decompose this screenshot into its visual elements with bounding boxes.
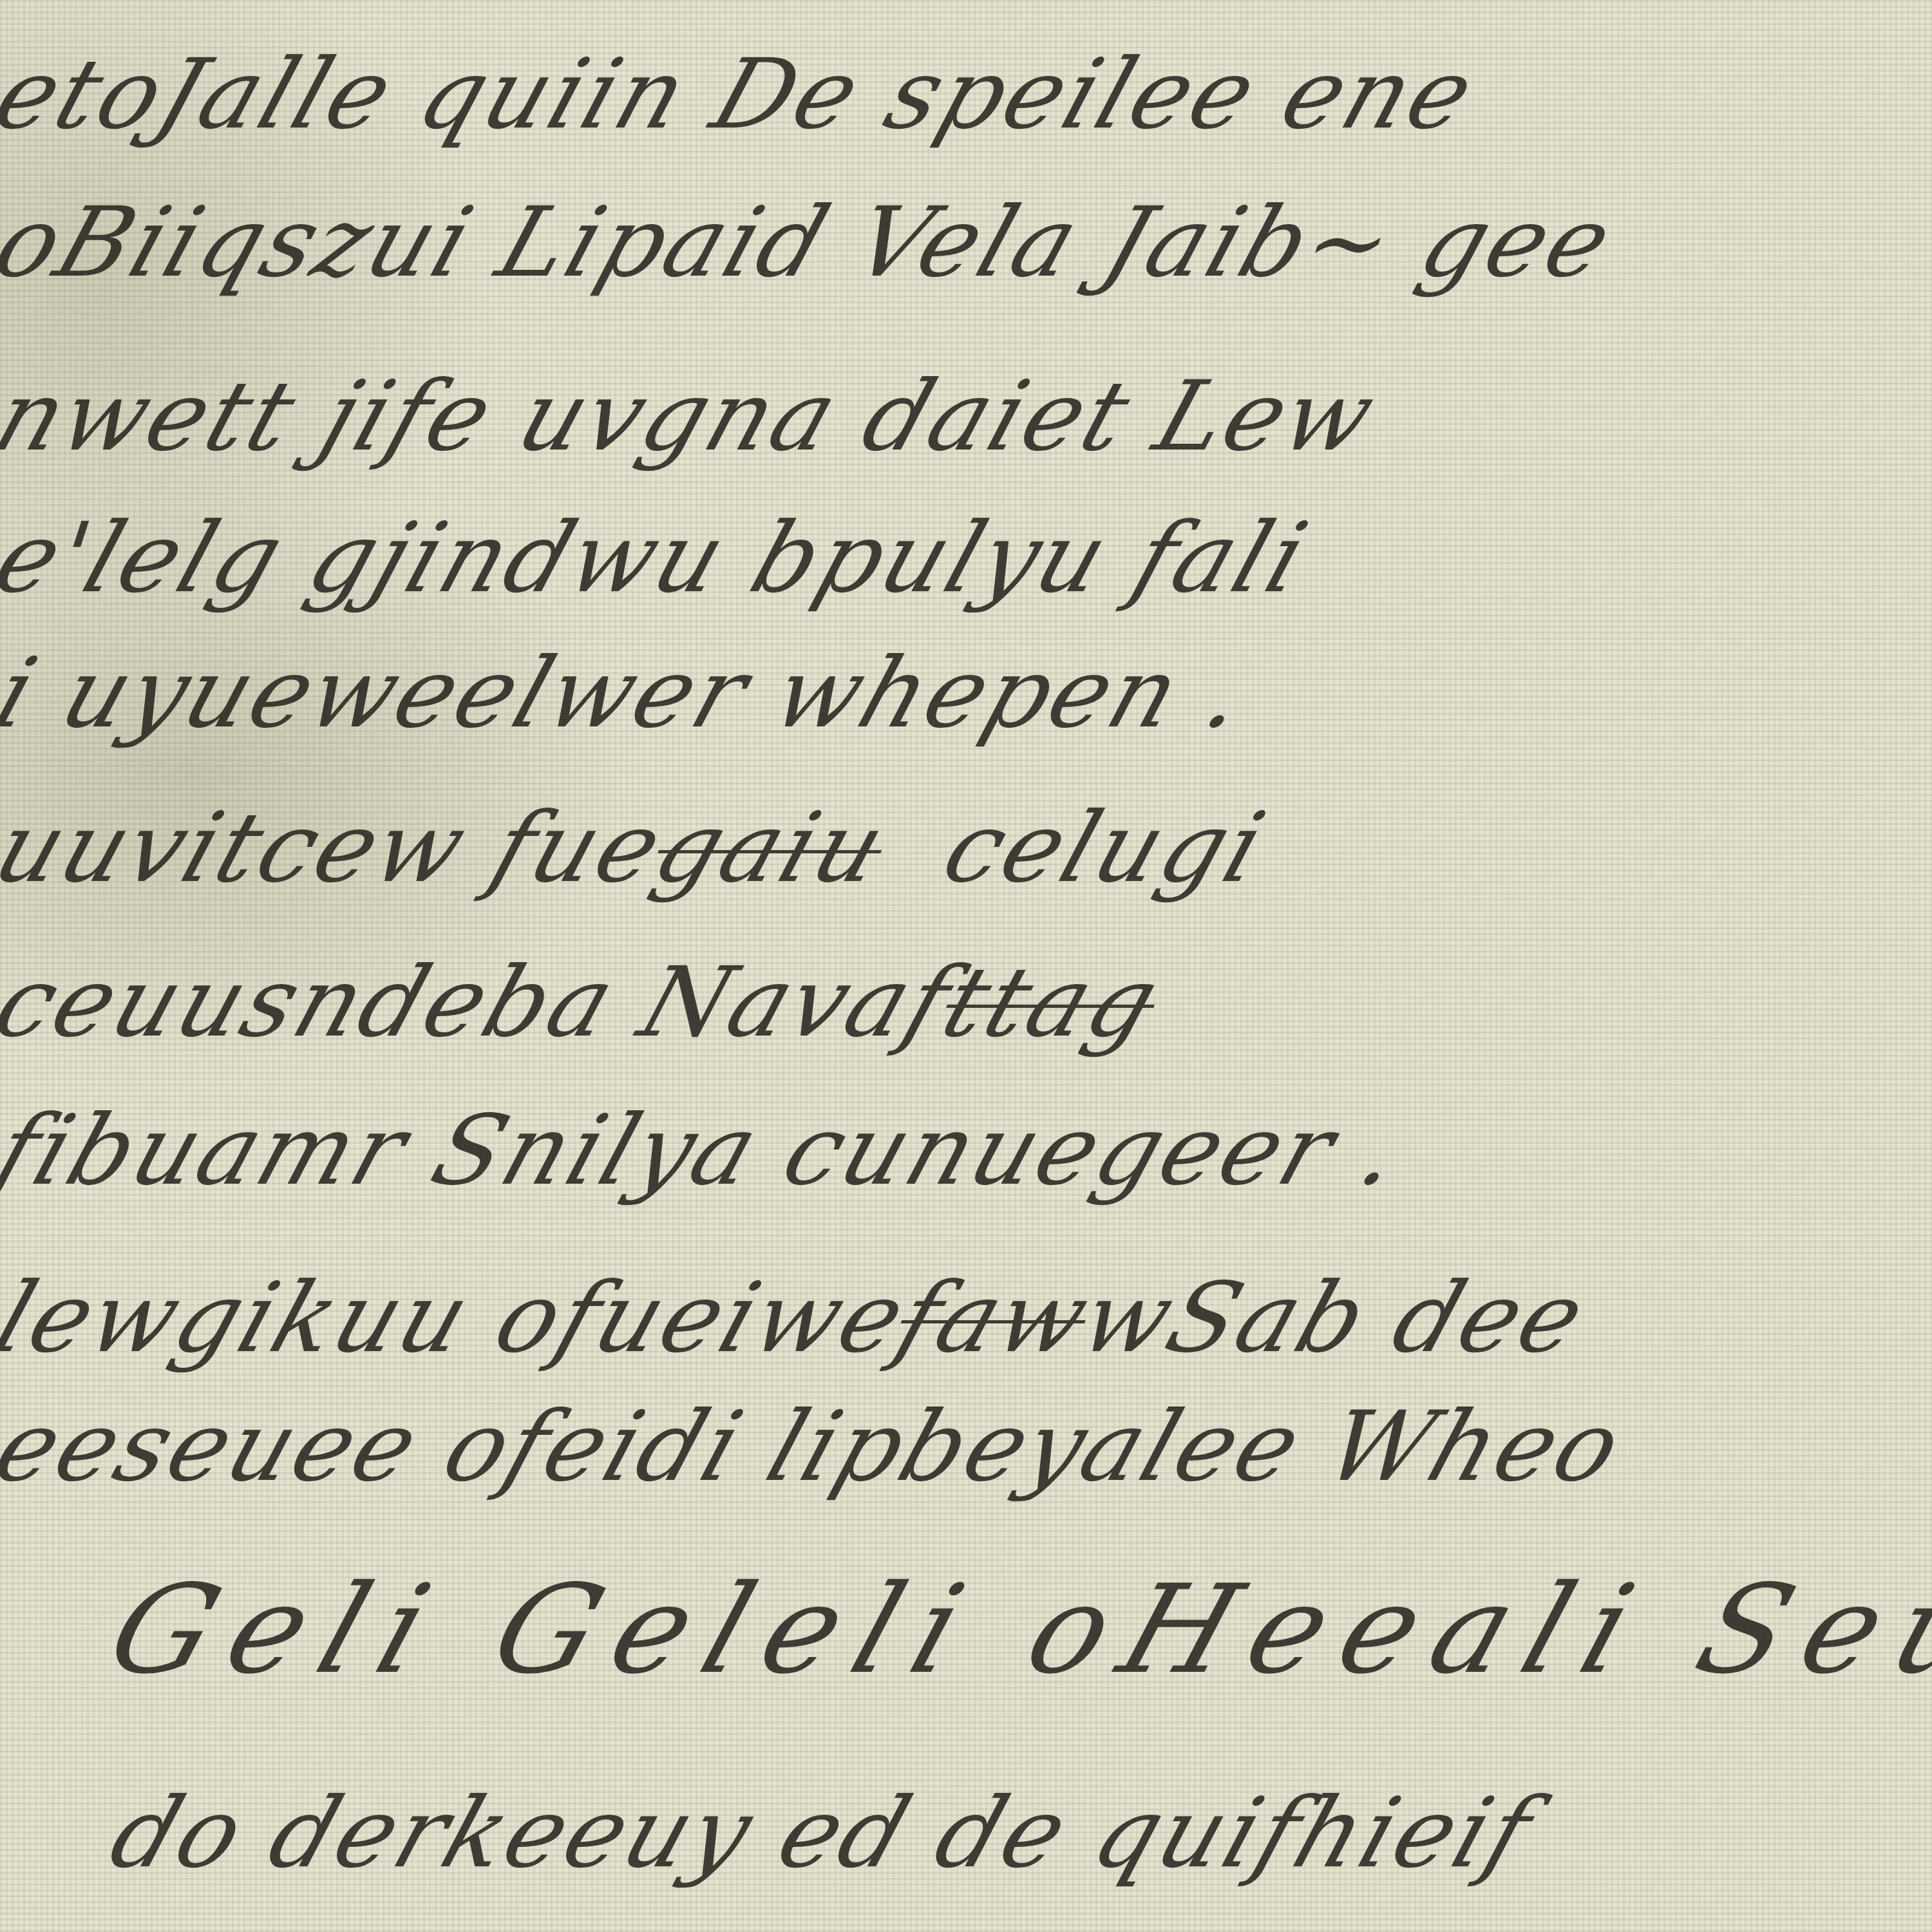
line-tail: wSab dee — [1068, 1262, 1600, 1374]
manuscript-line-12: do derkeeuy ed de quifhieif — [98, 1777, 1547, 1889]
struck-word: ttag — [930, 947, 1174, 1059]
manuscript-line-5: i uyueweelwer whepen . — [0, 638, 1262, 750]
signature-line: Geli Geleli oHeeali Seuue — [93, 1558, 1932, 1701]
manuscript-line-6: uuvitcew fuegaiu celugi — [0, 792, 1280, 904]
manuscript-line-10: eeseuee ofeidi lipbeyalee Wheo — [0, 1391, 1637, 1503]
manuscript-line-4: e'lelg gjindwu bpulyu fali — [0, 502, 1322, 614]
line-text: lewgikuu ofueiwe — [0, 1262, 921, 1374]
manuscript-line-9: lewgikuu ofueiwefawwSab dee — [0, 1262, 1600, 1374]
manuscript-line-8: fibuamr Snilya cunuegeer . — [0, 1095, 1417, 1207]
manuscript-line-2: oBiiqszui Lipaid Vela Jaib~ gee — [0, 187, 1627, 299]
manuscript-line-3: nwett jife uvgna daiet Lew — [0, 361, 1390, 473]
struck-word: faw — [884, 1262, 1104, 1374]
line-text: ceuusndeba Navaf — [0, 947, 966, 1059]
line-tail: celugi — [931, 792, 1280, 904]
line-text: uuvitcew fue — [0, 792, 677, 904]
manuscript-line-1: etoJalle quiin De speilee ene — [0, 39, 1489, 151]
manuscript-page: etoJalle quiin De speilee ene oBiiqszui … — [0, 0, 1932, 1932]
manuscript-line-7: ceuusndeba Navafttag — [0, 947, 1173, 1059]
struck-word: gaiu — [641, 792, 901, 904]
